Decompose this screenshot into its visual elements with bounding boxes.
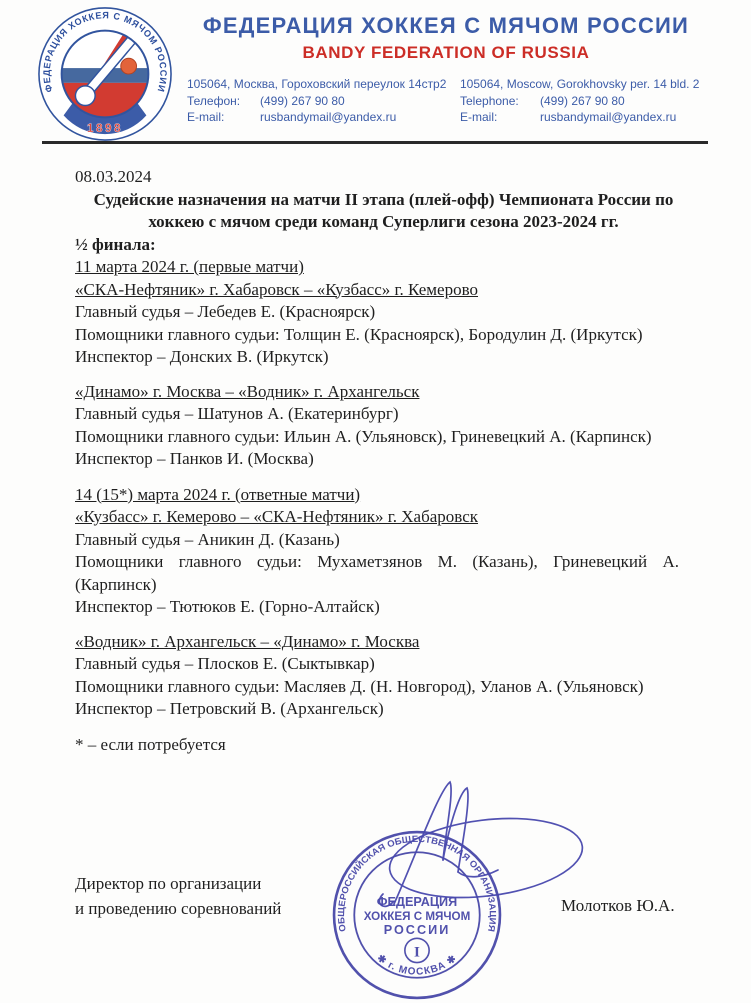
signoff-role-line2: и проведению соревнований [75, 896, 281, 921]
match-assistants: Помощники главного судьи: Толщин Е. (Кра… [75, 324, 692, 347]
email-value-en: rusbandymail@yandex.ru [540, 109, 676, 126]
match-title: «Кузбасс» г. Кемерово – «СКА-Нефтяник» г… [75, 506, 692, 529]
match-assistants: Помощники главного судьи: Масляев Д. (Н.… [75, 676, 692, 699]
stick-blade [75, 86, 95, 106]
match-referee: Главный судья – Плосков Е. (Сыктывкар) [75, 653, 692, 676]
email-label-ru: E-mail: [187, 109, 260, 126]
contact-block: 105064, Москва, Гороховский переулок 14с… [180, 76, 712, 126]
scanned-letter-page: ФЕДЕРАЦИЯ ХОККЕЯ С МЯЧОМ РОССИИ 1898 ФЕД… [0, 0, 751, 1003]
letter-date: 08.03.2024 [75, 166, 692, 189]
signature-stroke-1 [394, 782, 451, 904]
phone-label-ru: Телефон: [187, 93, 260, 110]
match-title: «Динамо» г. Москва – «Водник» г. Арханге… [75, 381, 692, 404]
bandy-ball [121, 58, 137, 74]
match-inspector: Инспектор – Панков И. (Москва) [75, 448, 692, 471]
signoff-role-line1: Директор по организации [75, 871, 281, 896]
stamp-center-symbol: I [414, 943, 420, 960]
match-title: «СКА-Нефтяник» г. Хабаровск – «Кузбасс» … [75, 279, 692, 302]
signoff-role: Директор по организации и проведению сор… [75, 871, 281, 921]
email-label-en: E-mail: [460, 109, 540, 126]
match-referee: Главный судья – Шатунов А. (Екатеринбург… [75, 403, 692, 426]
match-inspector: Инспектор – Донских В. (Иркутск) [75, 346, 692, 369]
phone-value-ru: (499) 267 90 80 [260, 93, 345, 110]
address-en-line1: 105064, Moscow, Gorokhovsky per. 14 bld.… [460, 76, 699, 93]
signature-curl [379, 894, 393, 906]
match-inspector: Инспектор – Петровский В. (Архангельск) [75, 698, 692, 721]
letter-title: Судейские назначения на матчи II этапа (… [75, 189, 692, 234]
match-block: «Водник» г. Архангельск – «Динамо» г. Мо… [75, 631, 692, 721]
match-block: «Кузбасс» г. Кемерово – «СКА-Нефтяник» г… [75, 506, 692, 619]
letterhead: ФЕДЕРАЦИЯ ХОККЕЯ С МЯЧОМ РОССИИ BANDY FE… [180, 13, 712, 126]
round-date-heading: 11 марта 2024 г. (первые матчи) [75, 256, 692, 279]
match-block: «Динамо» г. Москва – «Водник» г. Арханге… [75, 381, 692, 471]
phone-value-en: (499) 267 90 80 [540, 93, 625, 110]
round-return-matches: 14 (15*) марта 2024 г. (ответные матчи) … [75, 484, 692, 721]
match-assistants: Помощники главного судьи: Мухаметзянов М… [75, 551, 679, 596]
signature-loop [385, 808, 587, 907]
address-ru: 105064, Москва, Гороховский переулок 14с… [187, 76, 460, 126]
footnote: * – если потребуется [75, 734, 692, 757]
signature-tail [458, 870, 498, 877]
org-name-ru: ФЕДЕРАЦИЯ ХОККЕЯ С МЯЧОМ РОССИИ [180, 13, 712, 39]
header-divider [42, 141, 708, 144]
match-inspector: Инспектор – Тютюков Е. (Горно-Алтайск) [75, 596, 692, 619]
match-assistants: Помощники главного судьи: Ильин А. (Улья… [75, 426, 692, 449]
logo-year: 1898 [87, 121, 123, 135]
letter-body: 08.03.2024 Судейские назначения на матчи… [75, 166, 692, 756]
match-referee: Главный судья – Лебедев Е. (Красноярск) [75, 301, 692, 324]
federation-logo: ФЕДЕРАЦИЯ ХОККЕЯ С МЯЧОМ РОССИИ 1898 [36, 5, 174, 143]
address-en: 105064, Moscow, Gorokhovsky per. 14 bld.… [460, 76, 712, 126]
round-first-matches: 11 марта 2024 г. (первые матчи) «СКА-Неф… [75, 256, 692, 471]
stage-heading: ½ финала: [75, 234, 692, 257]
match-referee: Главный судья – Аникин Д. (Казань) [75, 529, 692, 552]
match-block: «СКА-Нефтяник» г. Хабаровск – «Кузбасс» … [75, 279, 692, 369]
handwritten-signature [358, 776, 618, 926]
address-ru-line1: 105064, Москва, Гороховский переулок 14с… [187, 76, 446, 93]
email-value-ru: rusbandymail@yandex.ru [260, 109, 396, 126]
org-name-en: BANDY FEDERATION OF RUSSIA [180, 43, 712, 63]
round-date-heading: 14 (15*) марта 2024 г. (ответные матчи) [75, 484, 692, 507]
match-title: «Водник» г. Архангельск – «Динамо» г. Мо… [75, 631, 692, 654]
phone-label-en: Telephone: [460, 93, 540, 110]
